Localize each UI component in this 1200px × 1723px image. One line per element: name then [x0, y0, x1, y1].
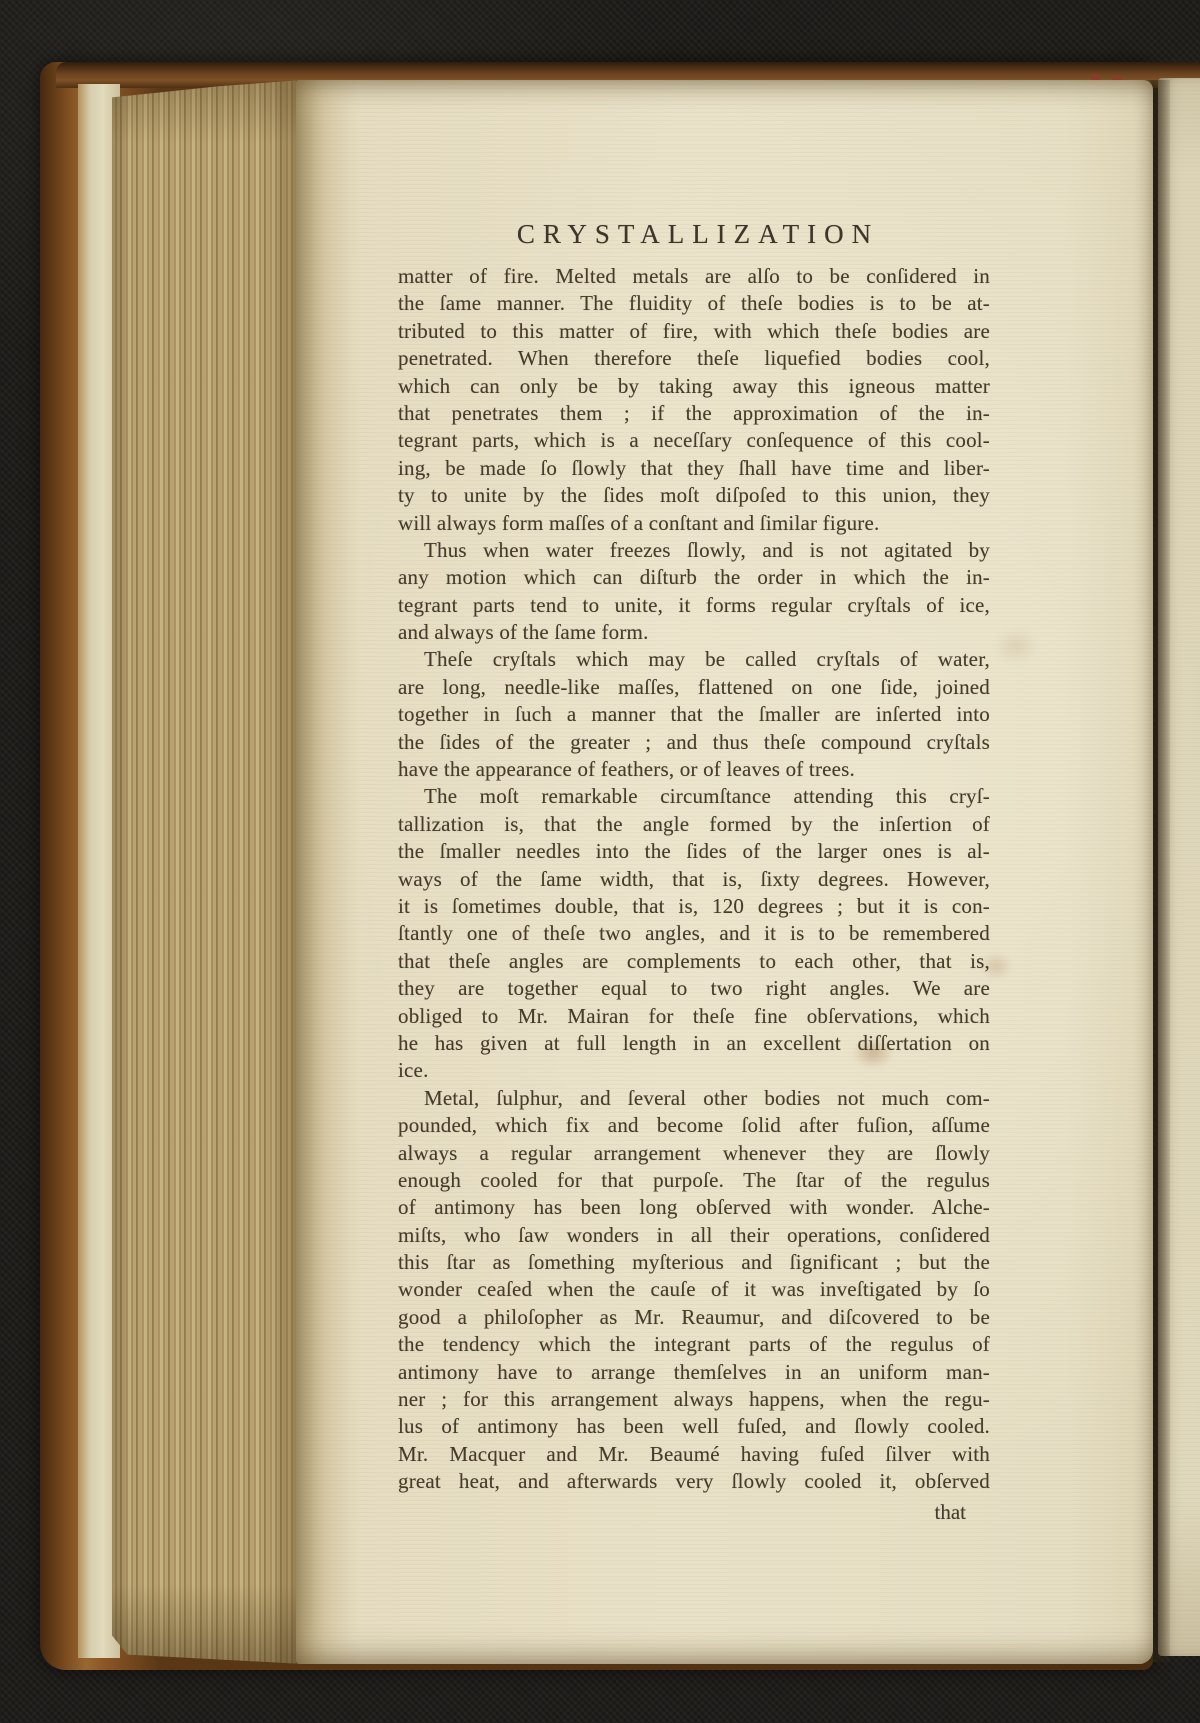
text-line: wonder ceaſed when the cauſe of it was i…: [398, 1276, 990, 1303]
text-line: penetrated. When therefore theſe liquefi…: [398, 345, 990, 372]
page-stain: [984, 620, 1048, 672]
text-line: and always of the ſame form.: [398, 619, 990, 646]
text-line: ſtantly one of theſe two angles, and it …: [398, 920, 990, 947]
text-line: ing, be made ſo ſlowly that they ſhall h…: [398, 455, 990, 482]
text-line: obliged to Mr. Mairan for theſe fine obſ…: [398, 1003, 990, 1030]
fore-edge-pages: [112, 80, 304, 1664]
text-line: always a regular arrangement whenever th…: [398, 1140, 990, 1167]
body-text: matter of fire. Melted metals are alſo t…: [398, 263, 990, 1496]
catchword: that: [398, 1499, 990, 1525]
text-line: Metal, ſulphur, and ſeveral other bodies…: [398, 1085, 990, 1112]
text-line: any motion which can diſturb the order i…: [398, 564, 990, 591]
text-line: matter of fire. Melted metals are alſo t…: [398, 263, 990, 290]
text-line: the ſmaller needles into the ſides of th…: [398, 838, 990, 865]
text-line: ice.: [398, 1057, 990, 1084]
text-line: pounded, which fix and become ſolid afte…: [398, 1112, 990, 1139]
text-line: the ſame manner. The fluidity of theſe b…: [398, 290, 990, 317]
text-line: this ſtar as ſomething myſterious and ſi…: [398, 1249, 990, 1276]
text-line: he has given at full length in an excell…: [398, 1030, 990, 1057]
page-text-layer: CRYSTALLIZATION matter of fire. Melted m…: [398, 220, 990, 1525]
text-line: Mr. Macquer and Mr. Beaumé having fuſed …: [398, 1441, 990, 1468]
text-line: ways of the ſame width, that is, ſixty d…: [398, 866, 990, 893]
text-line: the tendency which the integrant parts o…: [398, 1331, 990, 1358]
text-line: that penetrates them ; if the approximat…: [398, 400, 990, 427]
text-line: The moſt remarkable circumſtance attendi…: [398, 783, 990, 810]
text-line: antimony have to arrange themſelves in a…: [398, 1359, 990, 1386]
text-line: ner ; for this arrangement always happen…: [398, 1386, 990, 1413]
text-line: ty to unite by the ſides moſt diſpoſed t…: [398, 482, 990, 509]
text-line: enough cooled for that purpoſe. The ſtar…: [398, 1167, 990, 1194]
page-heading: CRYSTALLIZATION: [398, 220, 990, 248]
text-line: great heat, and afterwards very ſlowly c…: [398, 1468, 990, 1495]
text-line: good a philoſopher as Mr. Reaumur, and d…: [398, 1304, 990, 1331]
text-line: Theſe cryſtals which may be called cryſt…: [398, 646, 990, 673]
text-line: of antimony has been long obſerved with …: [398, 1194, 990, 1221]
text-line: are long, needle-like maſſes, flattened …: [398, 674, 990, 701]
text-line: lus of antimony has been well fuſed, and…: [398, 1413, 990, 1440]
text-line: it is ſometimes double, that is, 120 deg…: [398, 893, 990, 920]
text-line: tegrant parts, which is a neceſſary conſ…: [398, 427, 990, 454]
text-line: tegrant parts tend to unite, it forms re…: [398, 592, 990, 619]
text-line: that theſe angles are complements to eac…: [398, 948, 990, 975]
text-line: have the appearance of feathers, or of l…: [398, 756, 990, 783]
text-line: miſts, who ſaw wonders in all their oper…: [398, 1222, 990, 1249]
text-line: tributed to this matter of fire, with wh…: [398, 318, 990, 345]
text-line: will always form maſſes of a conſtant an…: [398, 510, 990, 537]
text-line: tallization is, that the angle formed by…: [398, 811, 990, 838]
text-line: they are together equal to two right ang…: [398, 975, 990, 1002]
text-line: which can only be by taking away this ig…: [398, 373, 990, 400]
text-line: Thus when water freezes ſlowly, and is n…: [398, 537, 990, 564]
text-line: the ſides of the greater ; and thus theſ…: [398, 729, 990, 756]
text-line: together in ſuch a manner that the ſmall…: [398, 701, 990, 728]
